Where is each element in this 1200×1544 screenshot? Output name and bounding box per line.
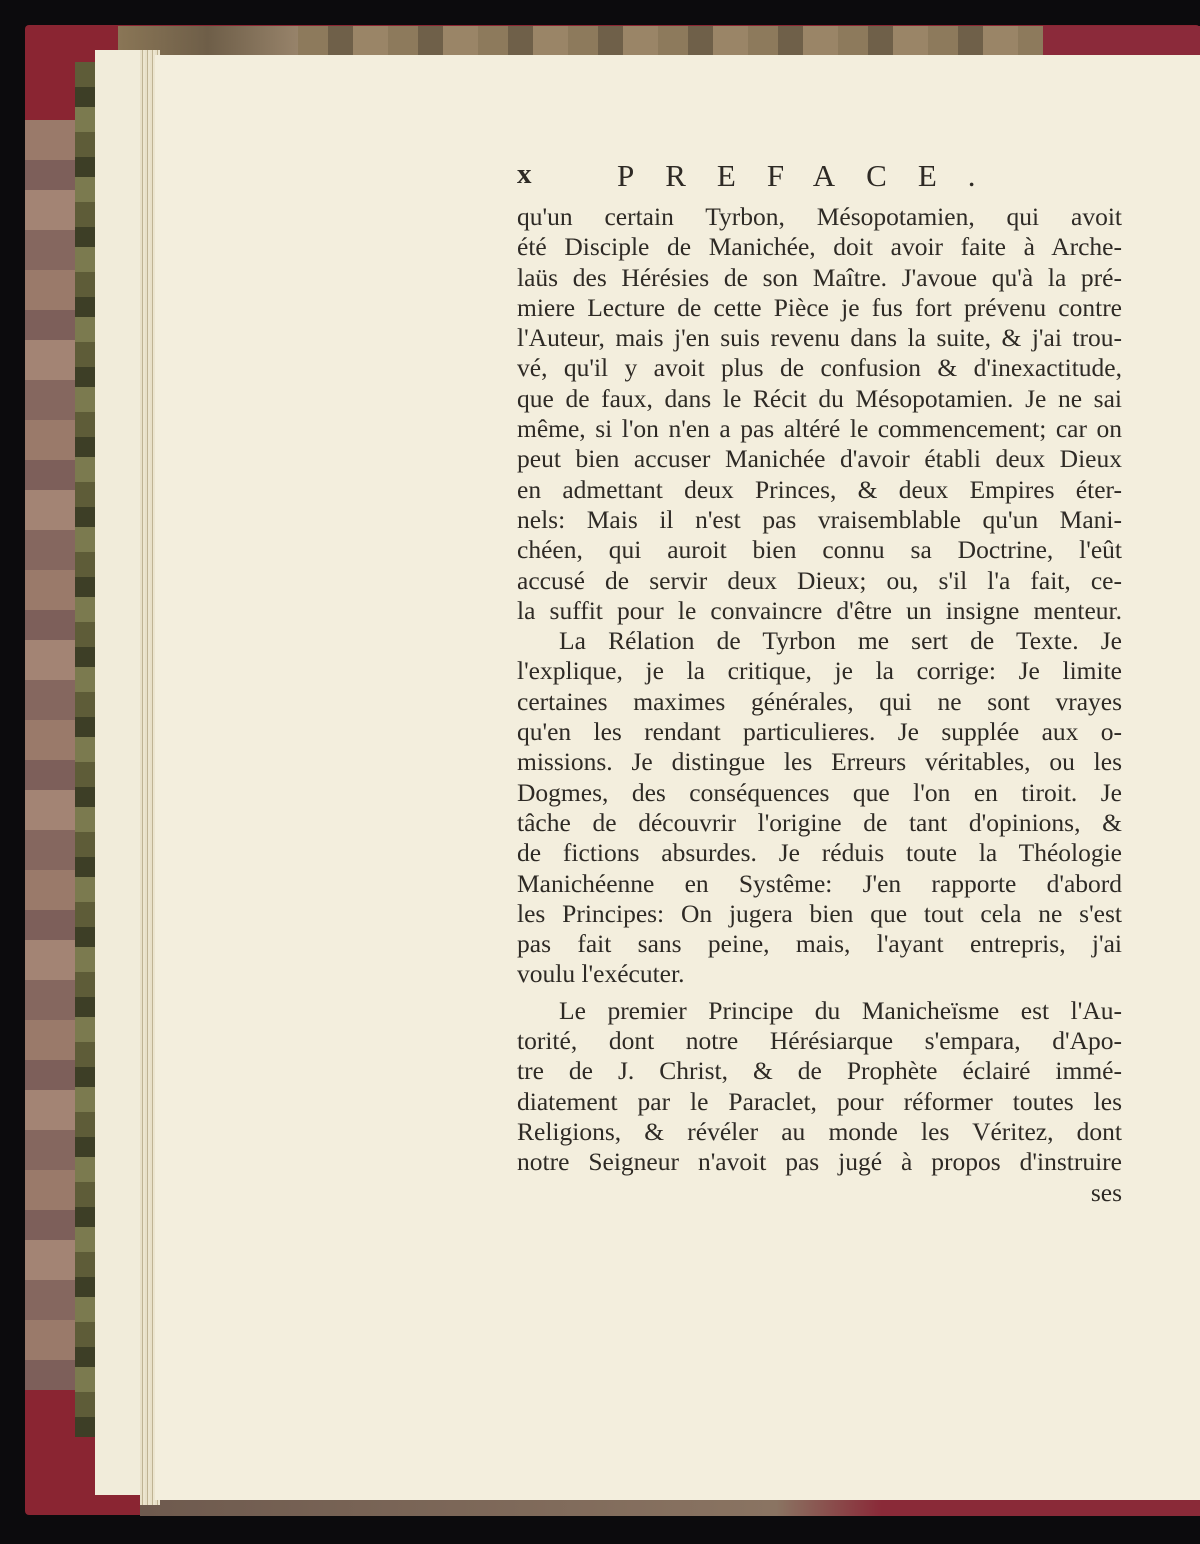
text-line: accusé de servir deux Dieux; ou, s'il l'…	[517, 566, 1122, 596]
text-line: torité, dont notre Hérésiarque s'empara,…	[517, 1026, 1122, 1056]
text-line: Religions, & révéler au monde les Vérite…	[517, 1117, 1122, 1147]
text-line: en admettant deux Princes, & deux Empire…	[517, 475, 1122, 505]
text-line: miere Lecture de cette Pièce je fus fort…	[517, 293, 1122, 323]
paragraph-start-line: Le premier Principe du Manicheïsme est l…	[517, 996, 1122, 1026]
text-line: nels: Mais il n'est pas vraisemblable qu…	[517, 505, 1122, 535]
text-line: de fictions absurdes. Je réduis toute la…	[517, 838, 1122, 868]
text-line: certaines maximes générales, qui ne sont…	[517, 687, 1122, 717]
board-bottom-edge	[140, 1498, 1200, 1516]
text-line: l'explique, je la critique, je la corrig…	[517, 656, 1122, 686]
paragraph-end-line: voulu l'exécuter.	[517, 959, 1122, 989]
text-line: pas fait sans peine, mais, l'ayant entre…	[517, 929, 1122, 959]
leather-corner-top-right	[1043, 26, 1200, 56]
text-line: chéen, qui auroit bien connu sa Doctrine…	[517, 535, 1122, 565]
marbled-board-top-edge	[298, 26, 1043, 56]
text-line: notre Seigneur n'avoit pas jugé à propos…	[517, 1147, 1122, 1177]
marbled-endpaper	[75, 62, 95, 1437]
text-line: Manichéenne en Systême: J'en rapporte d'…	[517, 869, 1122, 899]
running-head: x PREFACE.	[517, 158, 1122, 194]
text-block: x PREFACE. qu'un certain Tyrbon, Mésopot…	[517, 158, 1122, 1208]
text-line: la suffit pour le convaincre d'être un i…	[517, 596, 1122, 626]
page-number: x	[517, 158, 532, 191]
text-line: Dogmes, des conséquences que l'on en tir…	[517, 778, 1122, 808]
text-line: missions. Je distingue les Erreurs vérit…	[517, 747, 1122, 777]
marbled-board-left	[25, 120, 75, 1390]
paragraph-start-line: La Rélation de Tyrbon me sert de Texte. …	[517, 626, 1122, 656]
running-head-title: PREFACE.	[617, 158, 1007, 194]
text-line: diatement par le Paraclet, pour réformer…	[517, 1087, 1122, 1117]
text-line: tâche de découvrir l'origine de tant d'o…	[517, 808, 1122, 838]
text-line: tre de J. Christ, & de Prophète éclairé …	[517, 1056, 1122, 1086]
text-line: que de faux, dans le Récit du Mésopotami…	[517, 384, 1122, 414]
text-line: qu'en les rendant particulieres. Je supp…	[517, 717, 1122, 747]
text-line: été Disciple de Manichée, doit avoir fai…	[517, 232, 1122, 262]
text-line: laüs des Hérésies de son Maître. J'avoue…	[517, 263, 1122, 293]
text-line: les Principes: On jugera bien que tout c…	[517, 899, 1122, 929]
flyleaf	[95, 50, 146, 1495]
text-line: vé, qu'il y avoit plus de confusion & d'…	[517, 353, 1122, 383]
text-line: l'Auteur, mais j'en suis revenu dans la …	[517, 323, 1122, 353]
text-line: peut bien accuser Manichée d'avoir établ…	[517, 444, 1122, 474]
text-line: qu'un certain Tyrbon, Mésopotamien, qui …	[517, 202, 1122, 232]
catchword: ses	[517, 1178, 1122, 1208]
text-line: même, si l'on n'en a pas altéré le comme…	[517, 414, 1122, 444]
